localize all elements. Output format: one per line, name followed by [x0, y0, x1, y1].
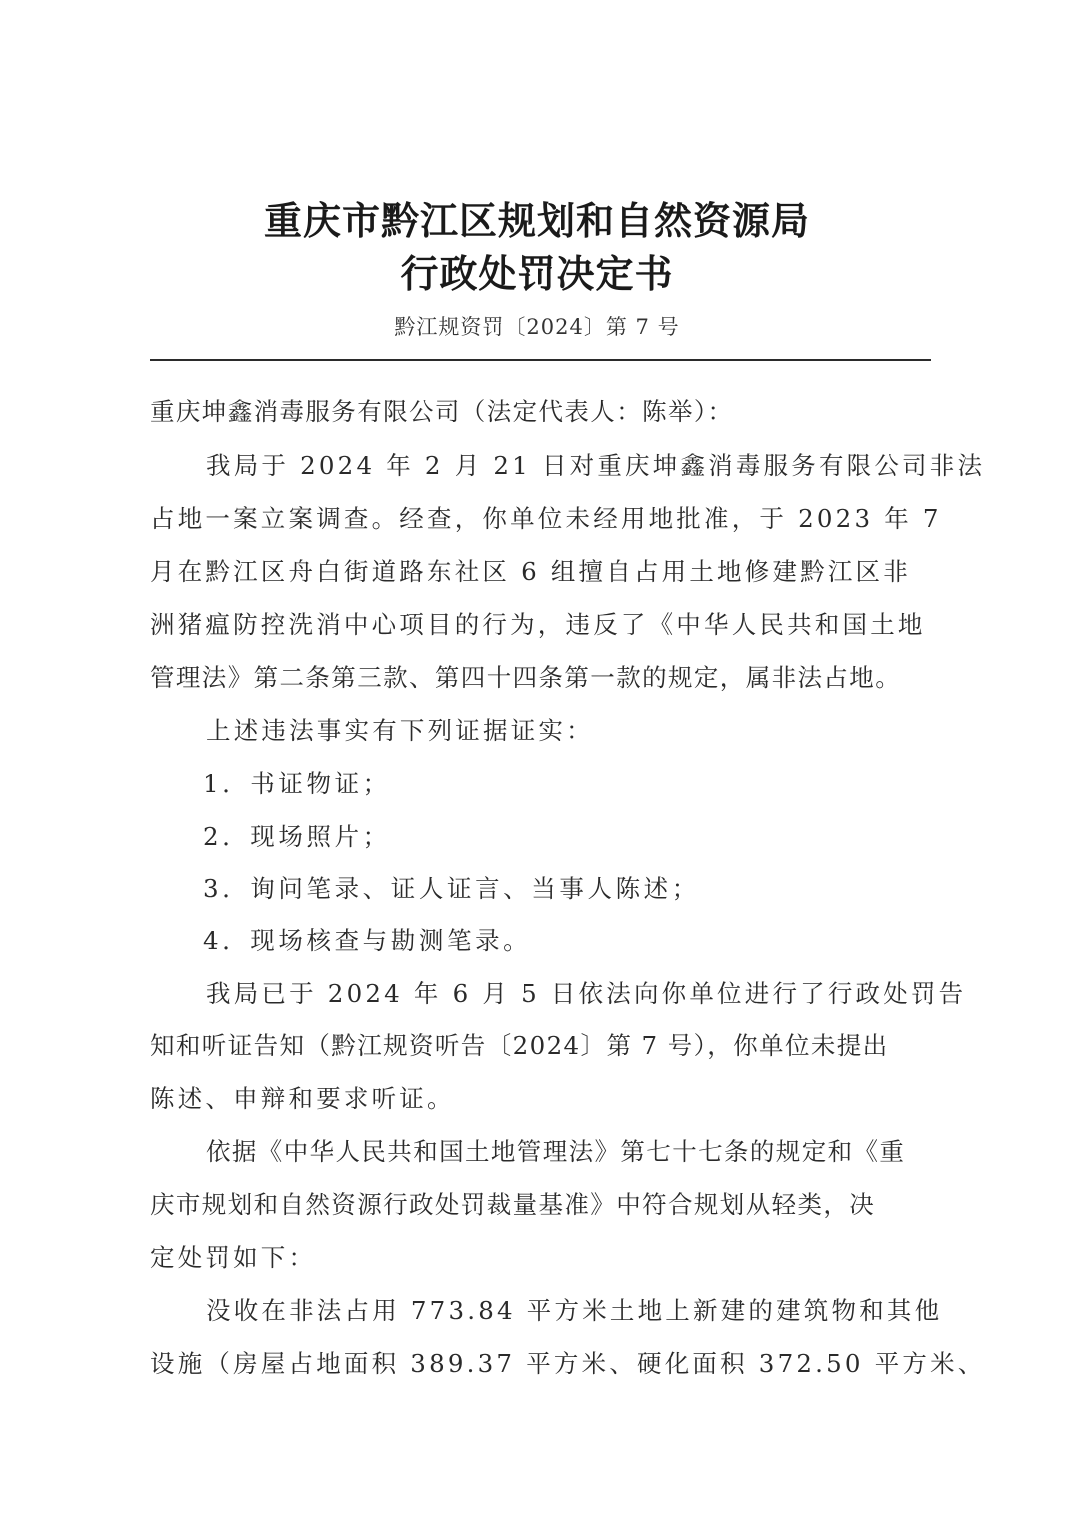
paragraph-1-line-3: 月在黔江区舟白街道路东社区 6 组擅自占用土地修建黔江区非 [150, 555, 942, 589]
paragraph-2-line-1: 我局已于 2024 年 6 月 5 日依法向你单位进行了行政处罚告 [206, 977, 942, 1011]
paragraph-2-line-3: 陈述、申辩和要求听证。 [150, 1082, 942, 1116]
addressee: 重庆坤鑫消毒服务有限公司（法定代表人：陈举）： [150, 395, 942, 429]
paragraph-1-line-2: 占地一案立案调查。经查，你单位未经用地批准，于 2023 年 7 [150, 502, 942, 536]
document-number: 黔江规资罚〔2024〕第 7 号 [0, 311, 1074, 341]
evidence-item-2: 2．现场照片； [203, 820, 995, 854]
document-title-agency: 重庆市黔江区规划和自然资源局 [0, 190, 1074, 245]
paragraph-1-line-1: 我局于 2024 年 2 月 21 日对重庆坤鑫消毒服务有限公司非法 [206, 449, 942, 483]
evidence-item-4: 4．现场核查与勘测笔录。 [203, 924, 995, 958]
paragraph-4-line-1: 没收在非法占用 773.84 平方米土地上新建的建筑物和其他 [206, 1294, 942, 1328]
paragraph-1-line-5: 管理法》第二条第三款、第四十四条第一款的规定，属非法占地。 [150, 661, 942, 695]
paragraph-2-line-2: 知和听证告知（黔江规资听告〔2024〕第 7 号），你单位未提出 [150, 1029, 942, 1063]
paragraph-4-line-2: 设施（房屋占地面积 389.37 平方米、硬化面积 372.50 平方米、 [150, 1347, 942, 1381]
paragraph-1-line-4: 洲猪瘟防控洗消中心项目的行为，违反了《中华人民共和国土地 [150, 608, 942, 642]
document-title-type: 行政处罚决定书 [0, 243, 1074, 298]
evidence-item-1: 1．书证物证； [203, 767, 995, 801]
paragraph-3-line-2: 庆市规划和自然资源行政处罚裁量基准》中符合规划从轻类，决 [150, 1188, 942, 1222]
evidence-item-3: 3．询问笔录、证人证言、当事人陈述； [203, 872, 995, 906]
evidence-intro: 上述违法事实有下列证据证实： [206, 714, 942, 748]
header-divider [150, 359, 931, 361]
document-page: 重庆市黔江区规划和自然资源局 行政处罚决定书 黔江规资罚〔2024〕第 7 号 … [0, 0, 1074, 1528]
paragraph-3-line-1: 依据《中华人民共和国土地管理法》第七十七条的规定和《重 [206, 1135, 942, 1169]
paragraph-3-line-3: 定处罚如下： [150, 1241, 942, 1275]
